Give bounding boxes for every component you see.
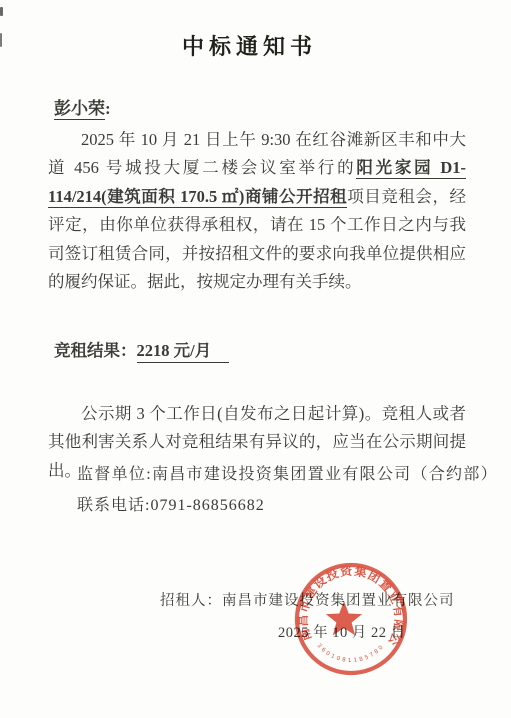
stamp-serial-code: 3601081185780 [315,643,386,664]
scan-edge-artifact [0,7,3,16]
supervisor-unit-line: 监督单位:南昌市建设投资集团置业有限公司（合约部） [77,461,498,484]
company-seal-stamp-icon: 南昌市建设投资集团置业有限公司 3601081185780 [291,559,411,679]
bid-result-line: 竞租结果：2218 元/月 [54,337,229,363]
contact-phone-line: 联系电话:0791-86856682 [77,492,265,515]
recipient-colon: : [105,99,111,118]
scan-edge-artifact [0,33,2,47]
body-paragraph-meeting: 2025 年 10 月 21 日上午 9:30 在红谷滩新区丰和中大道 456 … [48,126,466,296]
stamp-ring-text: 南昌市建设投资集团置业有限公司 [291,559,407,649]
page-title: 中标通知书 [0,30,505,61]
recipient-greeting: 彭小荣: [54,94,111,119]
bid-result-label: 竞租结果： [54,341,137,360]
recipient-name: 彭小荣 [54,99,105,120]
stamp-star-icon [326,601,362,635]
scanned-notice-page: 中标通知书 彭小荣: 2025 年 10 月 21 日上午 9:30 在红谷滩新… [0,0,511,718]
bid-result-value: 2218 元/月 [137,337,230,363]
